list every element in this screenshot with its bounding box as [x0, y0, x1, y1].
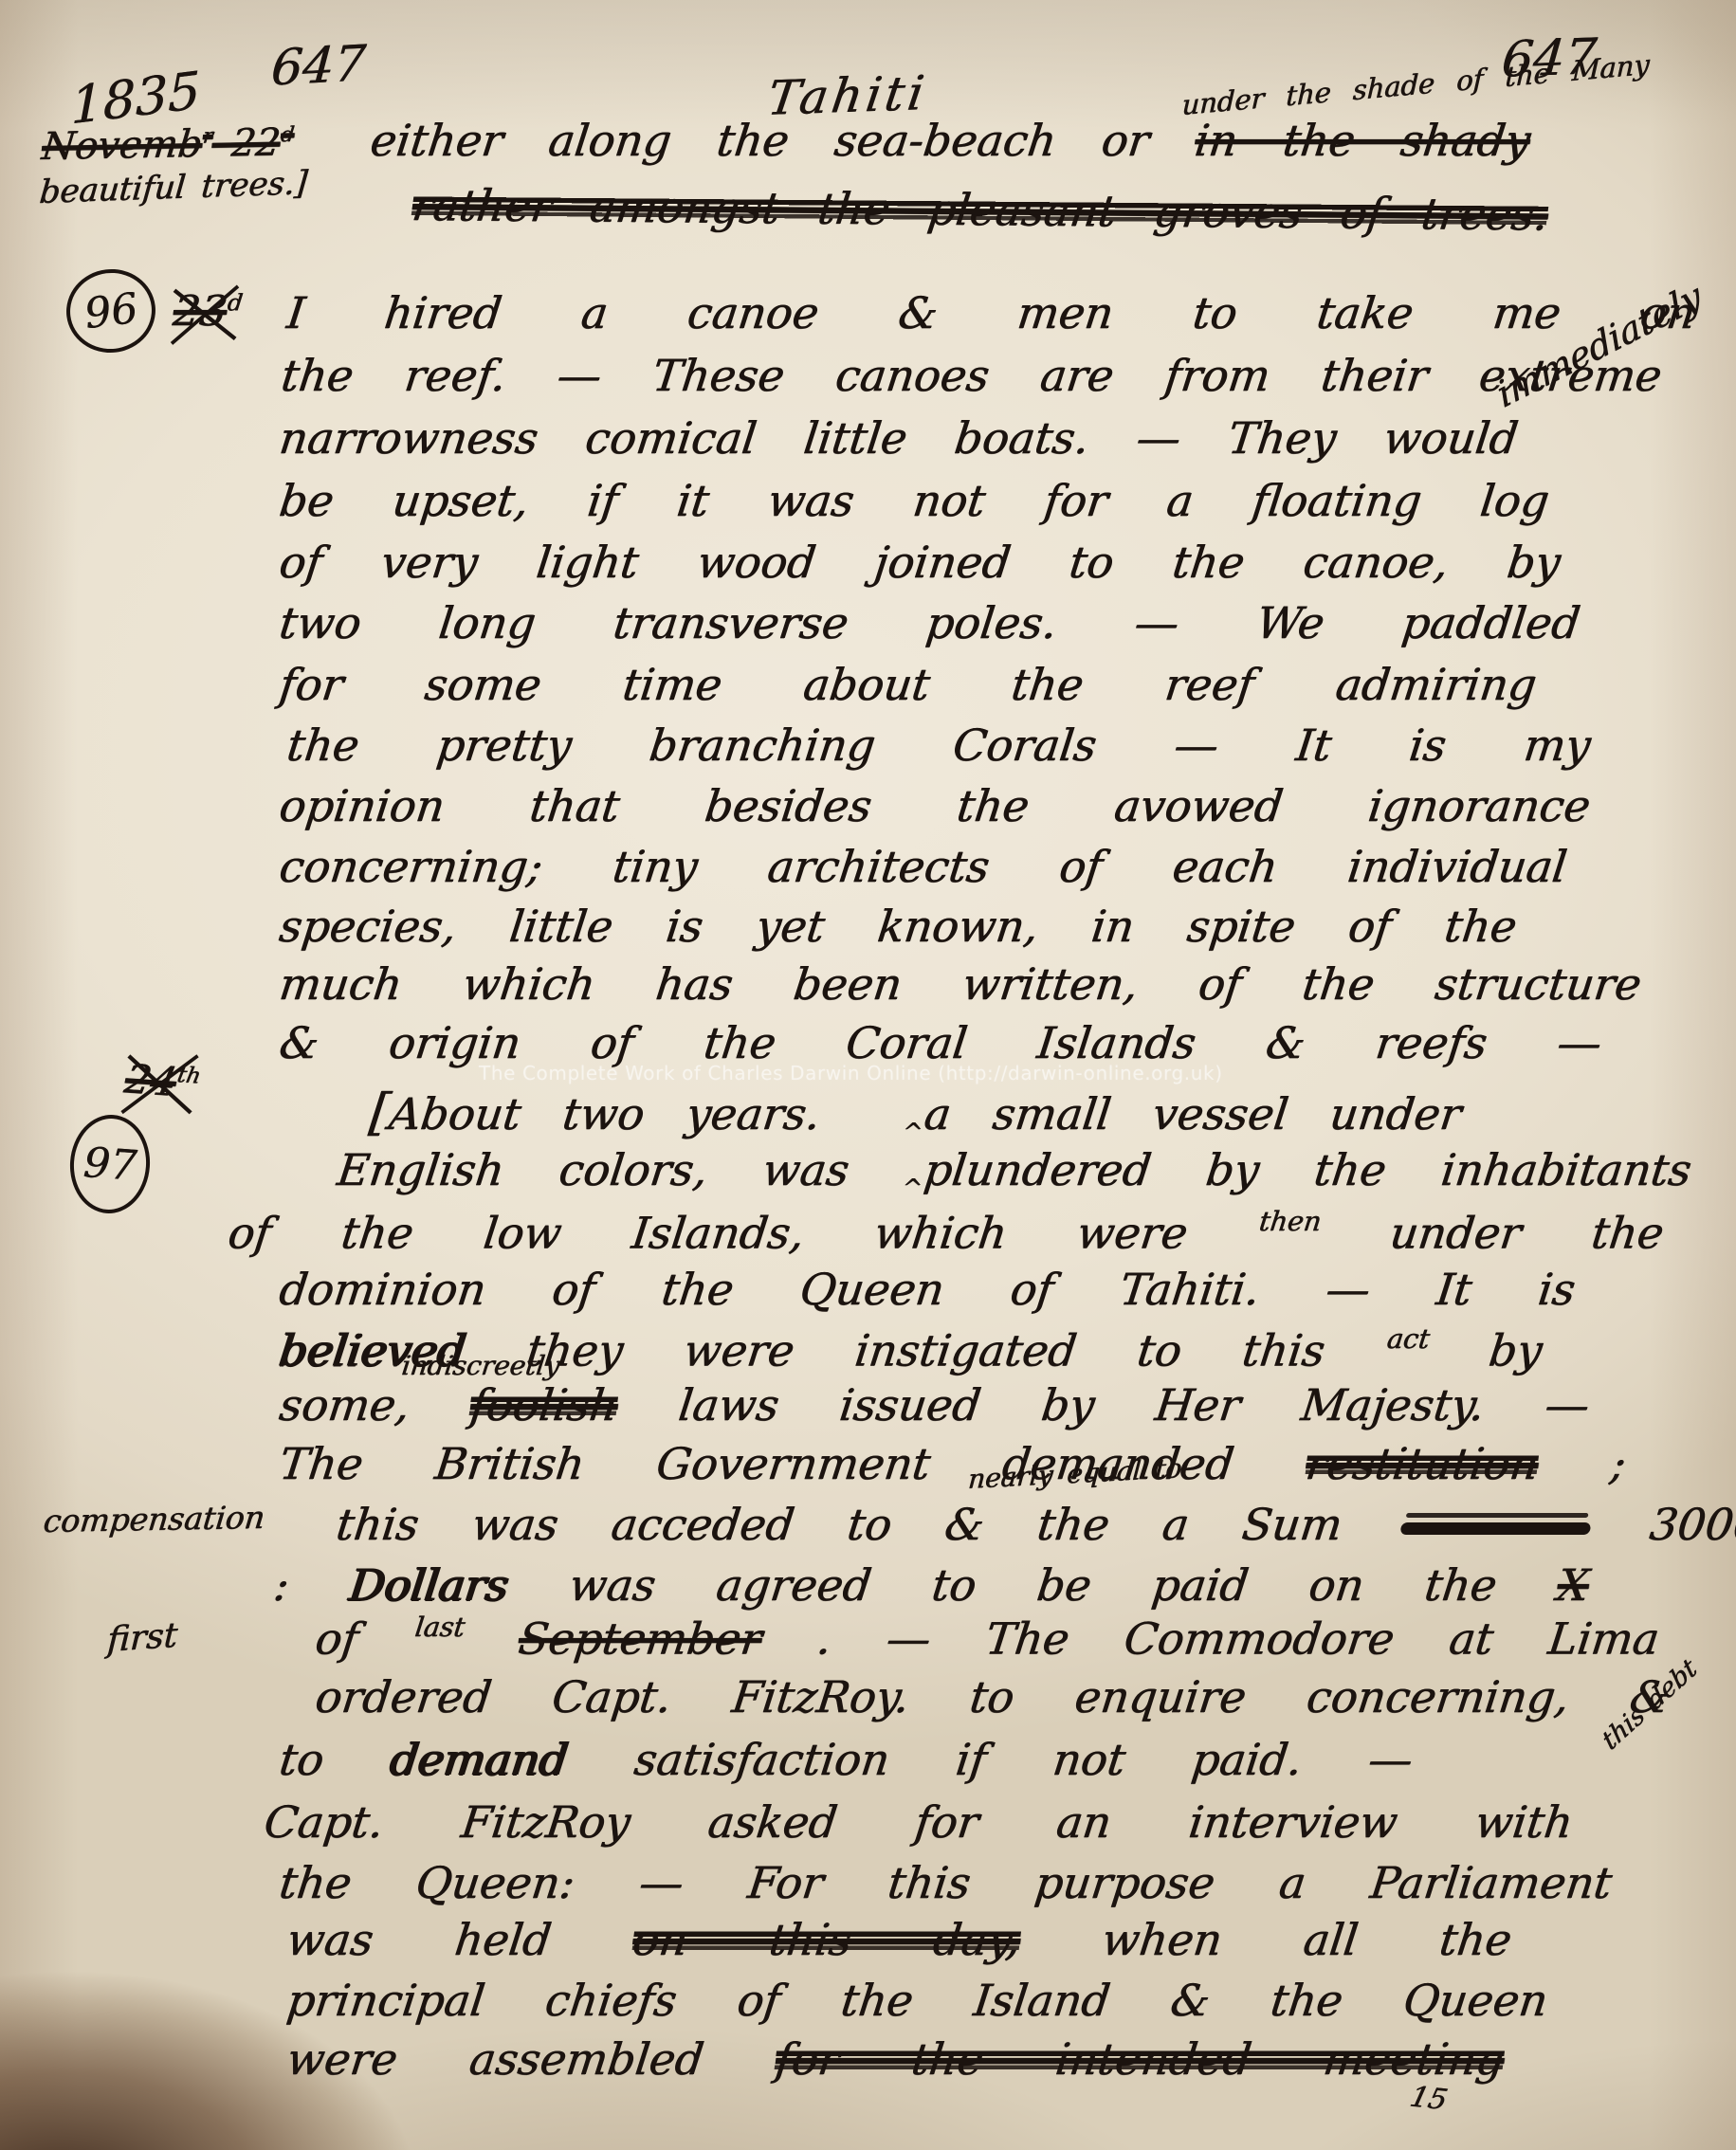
body-line-13: & origin of the Coral Islands & reefs —	[277, 1020, 1604, 1066]
manuscript-text-segment: first	[106, 1616, 178, 1660]
manuscript-text-segment: under the	[1316, 1208, 1666, 1259]
manuscript-text-segment: much which has been written, of the stru…	[277, 958, 1644, 1010]
manuscript-text-segment: the pretty branching Corals — It is my	[284, 720, 1594, 771]
insertion-indiscreetly: indiscreetly	[400, 1352, 561, 1379]
manuscript-text-segment: when all the	[1017, 1914, 1515, 1965]
body-line-20: The British Government demanded restitut…	[277, 1441, 1628, 1486]
body-line-30: were assembled for the intended meeting	[284, 2036, 1507, 2082]
manuscript-text-segment: & origin of the Coral Islands & reefs —	[277, 1017, 1604, 1068]
manuscript-text-segment: to	[277, 1734, 393, 1785]
manuscript-text-segment: ^	[901, 1174, 924, 1201]
manuscript-text-segment: restitution	[1303, 1438, 1541, 1489]
manuscript-text-segment: 3000,	[1593, 1499, 1736, 1550]
manuscript-text-segment: Capt. FitzRoy asked for an interview wit…	[262, 1796, 1576, 1848]
body-line-19: some, foolish laws issued by Her Majesty…	[277, 1382, 1592, 1428]
section-mark-97: 97	[66, 1112, 153, 1216]
body-line-9: opinion that besides the avowed ignoranc…	[277, 783, 1593, 829]
manuscript-text-segment: for some time about the reef admiring	[277, 659, 1540, 710]
manuscript-text-segment: of the low Islands, which were	[226, 1208, 1261, 1259]
manuscript-text-segment: 23	[171, 287, 229, 336]
manuscript-text-segment: ordered Capt. FitzRoy. to enquire concer…	[313, 1671, 1672, 1722]
manuscript-text-segment: foolish	[467, 1379, 621, 1430]
manuscript-text-segment: a small vessel under	[922, 1088, 1464, 1139]
manuscript-text-segment: d	[226, 289, 244, 316]
margin-day-24-struck: 24th	[121, 1058, 203, 1104]
mark-bottom: 15	[1407, 2083, 1450, 2116]
line-struck-groves: rather amongst the pleasant groves of tr…	[410, 182, 1551, 238]
manuscript-text-segment: English colors, was	[335, 1144, 907, 1195]
body-line-10: concerning; tiny architects of each indi…	[277, 844, 1569, 889]
body-line-14: [About two years. ^a small vessel under	[366, 1086, 1464, 1145]
manuscript-text-segment: Dollars	[347, 1559, 512, 1611]
manuscript-text-segment: of	[313, 1613, 417, 1665]
manuscript-text-segment	[1399, 1522, 1591, 1535]
manuscript-text-segment: X	[1554, 1559, 1591, 1611]
margin-date-struck: Novembr 22d	[40, 122, 296, 167]
manuscript-text-segment: d	[280, 123, 296, 147]
manuscript-text-segment: by	[1425, 1325, 1545, 1376]
body-line-6: two long transverse poles. — We paddled	[277, 600, 1582, 646]
body-line-25: to demand satisfaction if not paid. —	[277, 1737, 1415, 1782]
manuscript-text-segment: of very light wood joined to the canoe, …	[277, 537, 1563, 588]
manuscript-text-segment: beautiful trees.]	[38, 164, 309, 211]
body-line-7: for some time about the reef admiring	[277, 662, 1539, 707]
section-mark-97-label: 97	[82, 1139, 137, 1191]
manuscript-text-segment: last	[413, 1612, 466, 1643]
body-line-24: ordered Capt. FitzRoy. to enquire concer…	[313, 1674, 1672, 1720]
manuscript-text-segment: on this day,	[630, 1914, 1023, 1965]
manuscript-text-segment: the Queen: — For this purpose a Parliame…	[277, 1857, 1615, 1908]
manuscript-text-segment: plundered by the inhabitants	[922, 1144, 1694, 1195]
manuscript-text-segment: demand	[387, 1734, 570, 1785]
manuscript-text-segment: were assembled	[284, 2033, 779, 2085]
section-mark-96: 96	[62, 264, 160, 358]
manuscript-text-segment: . — The Commodore at Lima	[758, 1613, 1662, 1665]
manuscript-text-segment: Novemb	[40, 122, 205, 169]
manuscript-text-segment: ;	[1535, 1438, 1629, 1489]
manuscript-text-segment: 22	[210, 121, 282, 166]
manuscript-page: 647 647 1835 Tahiti 96 97 The Complete W…	[0, 0, 1736, 2150]
manuscript-text-segment: for the intended meeting	[773, 2033, 1508, 2085]
manuscript-text-segment: dominion of the Queen of Tahiti. — It is	[277, 1264, 1579, 1315]
body-line-8: the pretty branching Corals — It is my	[284, 722, 1593, 768]
manuscript-text-segment: was agreed to be paid on the	[505, 1559, 1561, 1611]
manuscript-text-segment: either along the sea-beach or	[368, 115, 1198, 166]
manuscript-text-segment: ^	[901, 1118, 924, 1145]
manuscript-text-segment: laws issued by Her Majesty. —	[614, 1379, 1592, 1430]
manuscript-text-segment	[460, 1613, 521, 1665]
manuscript-text-segment: opinion that besides the avowed ignoranc…	[277, 780, 1594, 831]
body-line-23: of last September . — The Commodore at L…	[313, 1613, 1662, 1662]
manuscript-text-segment: this was acceded to & the a Sum	[334, 1499, 1398, 1550]
manuscript-text-segment: rather amongst the pleasant groves of tr…	[410, 179, 1552, 240]
body-line-22: : Dollars was agreed to be paid on the X	[271, 1562, 1592, 1608]
manuscript-text-segment: :	[271, 1559, 354, 1611]
body-line-21: this was acceded to & the a Sum 3000,	[334, 1502, 1736, 1547]
margin-trees-note: beautiful trees.]	[38, 167, 308, 210]
body-line-28: was held on this day, when all the	[284, 1917, 1514, 1962]
manuscript-text-segment: principal chiefs of the Island & the Que…	[284, 1975, 1551, 2026]
manuscript-text-segment: September	[516, 1613, 765, 1665]
manuscript-text-segment: species, little is yet known, in spite o…	[277, 901, 1520, 952]
manuscript-text-segment: be upset, if it was not for a floating l…	[277, 475, 1552, 526]
manuscript-text-segment: concerning; tiny architects of each indi…	[277, 841, 1570, 892]
body-line-12: much which has been written, of the stru…	[277, 961, 1644, 1007]
line-sea-beach: either along the sea-beach or in the sha…	[368, 118, 1533, 163]
body-line-4: be upset, if it was not for a floating l…	[277, 478, 1551, 523]
manuscript-text-segment: 15	[1407, 2081, 1451, 2117]
manuscript-text-segment: compensation	[42, 1499, 266, 1540]
margin-day-23-struck: 23d	[171, 290, 244, 334]
manuscript-text-segment: th	[175, 1063, 203, 1088]
manuscript-text-segment: narrowness comical little boats. — They …	[277, 412, 1521, 464]
manuscript-text-segment: they were instigated to this	[463, 1325, 1389, 1376]
manuscript-text-segment: About two years.	[386, 1088, 907, 1139]
manuscript-text-segment: under the shade of the Many	[1181, 48, 1650, 121]
body-line-29: principal chiefs of the Island & the Que…	[284, 1977, 1550, 2023]
manuscript-text-segment: I hired a canoe & men to take me on	[284, 287, 1698, 338]
body-line-27: the Queen: — For this purpose a Parliame…	[277, 1860, 1615, 1905]
manuscript-text-segment: some,	[277, 1379, 474, 1430]
margin-compensation: compensation	[42, 1502, 266, 1539]
manuscript-text-segment: the reef. — These canoes are from their …	[279, 350, 1665, 401]
margin-first: first	[106, 1618, 178, 1659]
manuscript-text-segment: in the shady	[1192, 115, 1533, 166]
manuscript-text-segment: then	[1257, 1206, 1323, 1237]
body-line-16: of the low Islands, which were then unde…	[226, 1208, 1667, 1256]
manuscript-text-segment: two long transverse poles. — We paddled	[277, 597, 1583, 648]
body-line-15: English colors, was ^plundered by the in…	[334, 1147, 1693, 1201]
body-line-11: species, little is yet known, in spite o…	[277, 903, 1519, 949]
manuscript-text-segment: was held	[284, 1914, 636, 1965]
manuscript-text-segment: satisfaction if not paid. —	[564, 1734, 1416, 1785]
body-line-17: dominion of the Queen of Tahiti. — It is	[277, 1266, 1578, 1312]
insertion-shade: under the shade of the Many	[1181, 50, 1650, 120]
body-line-1: I hired a canoe & men to take me on	[284, 290, 1698, 336]
manuscript-text-segment: indiscreetly	[400, 1350, 562, 1381]
body-line-5: of very light wood joined to the canoe, …	[277, 539, 1562, 585]
manuscript-text-segment: act	[1385, 1323, 1431, 1355]
section-mark-96-label: 96	[82, 283, 140, 337]
body-line-3: narrowness comical little boats. — They …	[277, 415, 1520, 461]
page-number-left: 647	[269, 35, 367, 97]
manuscript-text-segment: 24	[121, 1056, 181, 1105]
body-line-26: Capt. FitzRoy asked for an interview wit…	[262, 1799, 1575, 1845]
body-line-2: the reef. — These canoes are from their …	[279, 353, 1664, 398]
